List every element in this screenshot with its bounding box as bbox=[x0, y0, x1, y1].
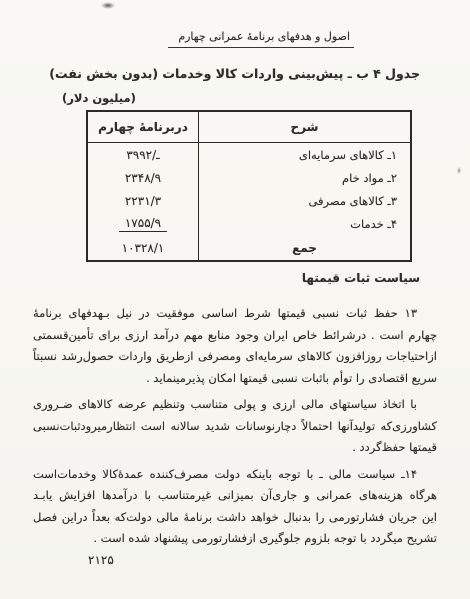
text-line: چهارم است . درشرائط خاص ایران وجود منابع… bbox=[33, 325, 437, 347]
scanned-document-page: اصول و هدفهای برنامهٔ عمرانی چهارم جدول … bbox=[0, 0, 470, 599]
scan-artifact bbox=[101, 2, 115, 9]
paragraph-13: ۱۳ حفظ ثبات نسبی قیمتها شرط اساسی موفقیت… bbox=[33, 303, 437, 389]
row-value: ۳۹۹۲/ـ bbox=[126, 148, 159, 162]
text-line: ۱۴ـ سیاست مالی ـ با توجه باینکه دولت مصر… bbox=[33, 464, 437, 486]
table-row: ۲ـ مواد خام ۲۳۴۸/۹ bbox=[88, 166, 410, 189]
table-total-row: جمع ۱۰۳۲۸/۱ bbox=[88, 235, 410, 260]
row-value: ۱۷۵۵/۹ bbox=[119, 216, 167, 232]
running-head: اصول و هدفهای برنامهٔ عمرانی چهارم bbox=[168, 30, 354, 48]
table-unit-label: (میلیون دلار) bbox=[62, 91, 136, 105]
page-number: ۲۱۲۵ bbox=[88, 553, 114, 567]
text-line: ازاحتیاجات روزافزون کالاهای سرمایه‌ای وم… bbox=[33, 346, 437, 368]
running-head-title: اصول و هدفهای برنامهٔ عمرانی چهارم bbox=[168, 30, 354, 48]
total-value: ۱۰۳۲۸/۱ bbox=[122, 241, 165, 255]
text-line: سریع اقتصادی را توأم باثبات نسبی قیمتها … bbox=[33, 368, 437, 390]
table-caption: جدول ۴ ب ـ پیش‌بینی واردات کالا وخدمات (… bbox=[49, 66, 420, 81]
total-value-cell: ۱۰۳۲۸/۱ bbox=[88, 235, 198, 260]
text-line: قیمتها حفظ‌گردد . bbox=[33, 437, 437, 459]
text-line: هرگاه هزینه‌های عمرانی و جاری‌آن بمیزانی… bbox=[33, 485, 437, 507]
text-line: با اتخاذ سیاستهای مالی ارزی و پولی متناس… bbox=[33, 394, 437, 416]
table-header-row: شرح دربرنامهٔ چهارم bbox=[88, 112, 410, 143]
row-label: ۲ـ مواد خام bbox=[198, 166, 410, 189]
text-line: کشاورزی‌که تولیدآنها احتمالاً دچارنوسانا… bbox=[33, 416, 437, 438]
text-line: ۱۳ حفظ ثبات نسبی قیمتها شرط اساسی موفقیت… bbox=[33, 303, 437, 325]
section-heading: سیاست ثبات قیمتها bbox=[302, 271, 420, 285]
body-text-block: ۱۳ حفظ ثبات نسبی قیمتها شرط اساسی موفقیت… bbox=[33, 303, 437, 550]
text-line: این جریان فشارتورمی را بدنبال خواهد داشت… bbox=[33, 507, 437, 529]
paragraph-14: ۱۴ـ سیاست مالی ـ با توجه باینکه دولت مصر… bbox=[33, 464, 437, 550]
row-value-cell: ۲۳۴۸/۹ bbox=[88, 166, 198, 189]
row-value-cell: ۱۷۵۵/۹ bbox=[88, 212, 198, 235]
table-row: ۱ـ کالاهای سرمایه‌ای ۳۹۹۲/ـ bbox=[88, 143, 410, 166]
row-value-cell: ۲۲۳۱/۳ bbox=[88, 189, 198, 212]
page-number-value: ۲۱۲۵ bbox=[88, 553, 114, 567]
paragraph-prices: با اتخاذ سیاستهای مالی ارزی و پولی متناس… bbox=[33, 394, 437, 459]
row-value-cell: ۳۹۹۲/ـ bbox=[88, 143, 198, 166]
row-value: ۲۳۴۸/۹ bbox=[125, 171, 161, 185]
column-header-value: دربرنامهٔ چهارم bbox=[88, 112, 198, 142]
row-value: ۲۲۳۱/۳ bbox=[125, 194, 161, 208]
text-line: تشریح میگردد با توجه بلزوم جلوگیری ازفشا… bbox=[33, 528, 437, 550]
table-row: ۳ـ کالاهای مصرفی ۲۲۳۱/۳ bbox=[88, 189, 410, 212]
row-label: ۴ـ خدمات bbox=[198, 212, 410, 235]
table-row: ۴ـ خدمات ۱۷۵۵/۹ bbox=[88, 212, 410, 235]
column-header-description: شرح bbox=[198, 112, 410, 142]
imports-forecast-table: شرح دربرنامهٔ چهارم ۱ـ کالاهای سرمایه‌ای… bbox=[86, 110, 412, 262]
row-label: ۳ـ کالاهای مصرفی bbox=[198, 189, 410, 212]
total-label: جمع bbox=[198, 235, 410, 260]
scan-artifact bbox=[457, 167, 461, 174]
row-label: ۱ـ کالاهای سرمایه‌ای bbox=[198, 143, 410, 166]
